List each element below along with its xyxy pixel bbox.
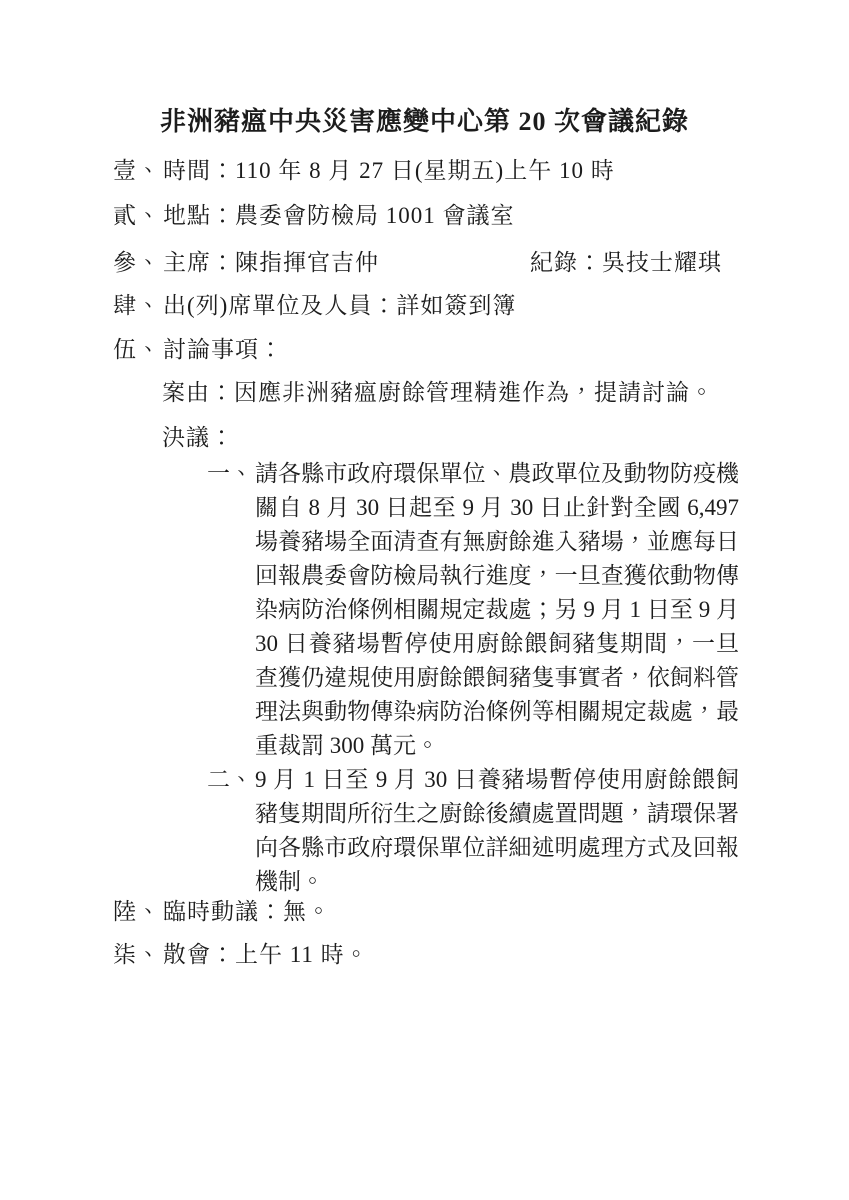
item-motions: 陸、 臨時動議：無。 bbox=[113, 895, 331, 929]
item-location-text: 地點：農委會防檢局 1001 會議室 bbox=[163, 199, 515, 233]
item-time-text: 時間：110 年 8 月 27 日(星期五)上午 10 時 bbox=[163, 154, 615, 188]
item-attendees-number: 肆、 bbox=[113, 289, 163, 323]
item-adjournment-number: 柒、 bbox=[113, 938, 163, 972]
item-discussion-text: 討論事項： bbox=[163, 333, 283, 367]
page-title: 非洲豬瘟中央災害應變中心第 20 次會議紀錄 bbox=[0, 104, 849, 140]
resolution-item-2-text: 9 月 1 日至 9 月 30 日養豬場暫停使用廚餘餵飼豬隻期間所衍生之廚餘後續… bbox=[255, 763, 739, 899]
case-subject: 案由：因應非洲豬瘟廚餘管理精進作為，提請討論。 bbox=[162, 376, 714, 410]
item-discussion-number: 伍、 bbox=[113, 333, 163, 367]
item-location: 貳、 地點：農委會防檢局 1001 會議室 bbox=[113, 199, 515, 233]
item-location-number: 貳、 bbox=[113, 199, 163, 233]
item-adjournment-text: 散會：上午 11 時。 bbox=[163, 938, 369, 972]
item-chair: 參、 主席：陳指揮官吉仲 紀錄：吳技士耀琪 bbox=[113, 246, 379, 280]
resolution-item-2-number: 二、 bbox=[207, 763, 255, 899]
item-time: 壹、 時間：110 年 8 月 27 日(星期五)上午 10 時 bbox=[113, 154, 615, 188]
resolution-item-2: 二、 9 月 1 日至 9 月 30 日養豬場暫停使用廚餘餵飼豬隻期間所衍生之廚… bbox=[207, 763, 741, 899]
resolution-item-1: 一、 請各縣市政府環保單位、農政單位及動物防疫機關自 8 月 30 日起至 9 … bbox=[207, 457, 741, 763]
item-chair-number: 參、 bbox=[113, 246, 163, 280]
item-adjournment: 柒、 散會：上午 11 時。 bbox=[113, 938, 369, 972]
resolution-item-1-number: 一、 bbox=[207, 457, 255, 763]
item-discussion-heading: 伍、 討論事項： bbox=[113, 333, 283, 367]
item-time-number: 壹、 bbox=[113, 154, 163, 188]
item-motions-number: 陸、 bbox=[113, 895, 163, 929]
item-motions-text: 臨時動議：無。 bbox=[163, 895, 331, 929]
resolution-list: 一、 請各縣市政府環保單位、農政單位及動物防疫機關自 8 月 30 日起至 9 … bbox=[207, 457, 741, 899]
item-chair-text: 主席：陳指揮官吉仲 bbox=[163, 246, 379, 280]
resolution-heading: 決議： bbox=[162, 421, 234, 455]
resolution-item-1-text: 請各縣市政府環保單位、農政單位及動物防疫機關自 8 月 30 日起至 9 月 3… bbox=[255, 457, 739, 763]
item-recorder-text: 紀錄：吳技士耀琪 bbox=[530, 246, 722, 280]
item-attendees-text: 出(列)席單位及人員：詳如簽到簿 bbox=[163, 289, 516, 323]
item-attendees: 肆、 出(列)席單位及人員：詳如簽到簿 bbox=[113, 289, 516, 323]
meeting-minutes-page: 非洲豬瘟中央災害應變中心第 20 次會議紀錄 壹、 時間：110 年 8 月 2… bbox=[0, 0, 849, 1200]
